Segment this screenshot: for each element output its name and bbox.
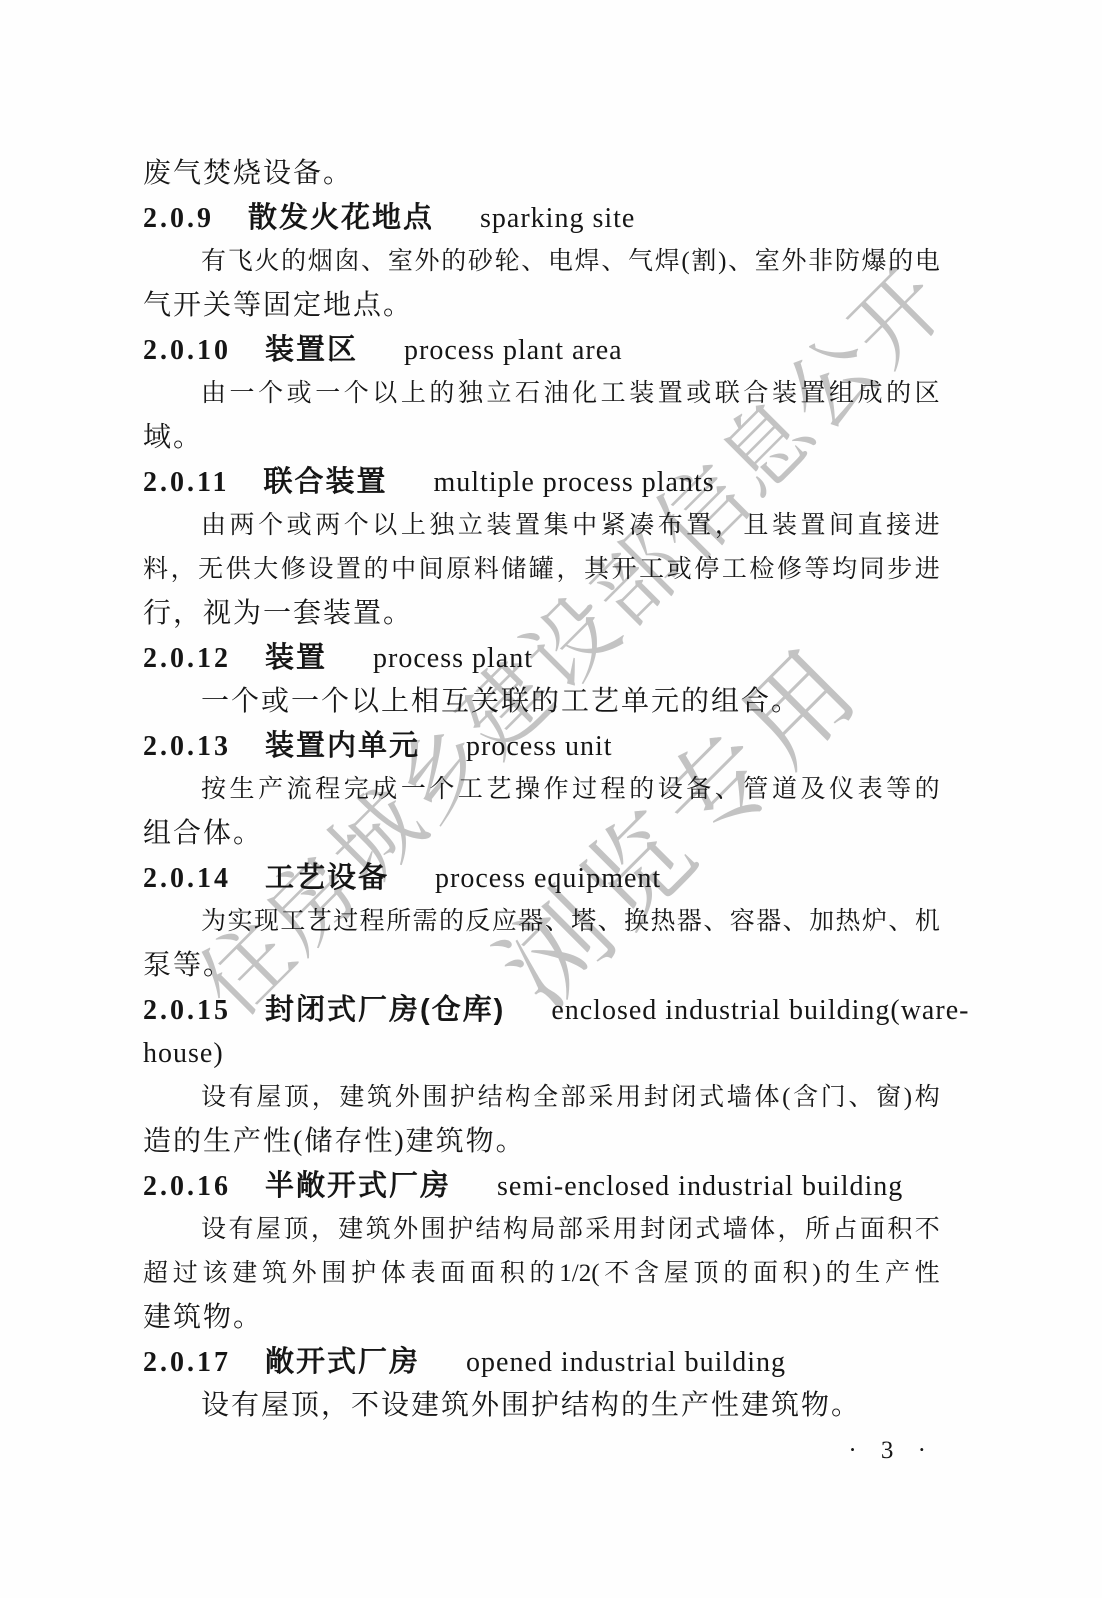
char: 体 <box>754 1076 779 1120</box>
term-en: multiple process plants <box>433 467 714 498</box>
char: 结 <box>478 1076 503 1120</box>
term-zh: 装置区 <box>265 334 358 366</box>
char: 置 <box>336 548 361 592</box>
char: 屋 <box>256 1208 281 1252</box>
char: 构 <box>503 1208 528 1252</box>
char: 、 <box>703 900 728 944</box>
char: 含 <box>793 1076 818 1120</box>
char: 式 <box>695 1208 720 1252</box>
char: 构 <box>505 1076 530 1120</box>
char: 焊 <box>655 240 680 284</box>
char: 器 <box>518 900 543 944</box>
term-number: 2.0.11 <box>143 467 229 498</box>
char: 生 <box>855 1252 880 1296</box>
body-text-line: 设有屋顶，建筑外围护结构局部采用封闭式墙体，所占面积不 <box>143 1208 940 1252</box>
document-page: 住房城乡建设部信息公开 浏览专用 废气焚烧设备。2.0.9散发火花地点spark… <box>0 0 1102 1598</box>
char: 炉 <box>862 900 887 944</box>
term-line: 2.0.14工艺设备process equipment <box>143 856 940 900</box>
char: 产 <box>258 768 283 812</box>
char: 顶 <box>283 1208 308 1252</box>
char: 料 <box>143 548 168 592</box>
char: 砂 <box>468 240 493 284</box>
char: 其 <box>584 548 609 592</box>
char: 部 <box>558 1208 583 1252</box>
char: ， <box>312 1076 337 1120</box>
char: 或 <box>287 372 312 416</box>
char: 的 <box>629 768 654 812</box>
char: 检 <box>749 548 774 592</box>
char: 建 <box>339 1076 364 1120</box>
char: 的 <box>888 240 913 284</box>
term-number: 2.0.9 <box>143 203 214 234</box>
body-text-line: 料，无供大修设置的中间原料储罐，其开工或停工检修等均同步进 <box>143 548 940 592</box>
char: 工 <box>601 372 626 416</box>
char: 停 <box>694 548 719 592</box>
char: 防 <box>835 240 860 284</box>
body-text-line: 造的生产性(储存性)建筑物。 <box>143 1120 940 1164</box>
char: 的 <box>915 768 940 812</box>
char: 占 <box>832 1208 857 1252</box>
char: 设 <box>201 1208 226 1252</box>
char: 体 <box>381 1252 406 1296</box>
page-number: · 3 · <box>848 1437 935 1465</box>
char: 工 <box>280 900 305 944</box>
char: 过 <box>333 900 358 944</box>
term-line: 2.0.12装置process plant <box>143 636 940 680</box>
char: 围 <box>421 1208 446 1252</box>
term-en: process unit <box>466 731 613 762</box>
char: 等 <box>805 548 830 592</box>
char: 面 <box>753 1252 778 1296</box>
char: 一 <box>315 372 340 416</box>
char: 门 <box>821 1076 846 1120</box>
char: 的 <box>825 1252 850 1296</box>
char: 1/2( <box>559 1252 599 1296</box>
char: 均 <box>832 548 857 592</box>
char: 屋 <box>664 1252 689 1296</box>
char: 设 <box>201 1076 226 1120</box>
char: 封 <box>644 1076 669 1120</box>
char: 表 <box>858 768 883 812</box>
char: 割 <box>691 240 716 284</box>
term-zh: 敞开式厂房 <box>265 1346 420 1378</box>
char: 、 <box>848 1076 873 1120</box>
char: 筑 <box>262 1252 287 1296</box>
char: 、 <box>888 900 913 944</box>
char: 轮 <box>495 240 520 284</box>
char: 面 <box>470 1252 495 1296</box>
term-en: process plant <box>373 643 533 674</box>
char: 原 <box>446 548 471 592</box>
char: 以 <box>372 372 397 416</box>
term-line: 2.0.11联合装置multiple process plants <box>143 460 940 504</box>
char: 联 <box>715 372 740 416</box>
char: 外 <box>395 1076 420 1120</box>
char: 外 <box>292 1252 317 1296</box>
char: 室 <box>755 240 780 284</box>
char: 室 <box>388 240 413 284</box>
char: 装 <box>486 504 511 548</box>
char: 立 <box>486 372 511 416</box>
char: 料 <box>474 548 499 592</box>
char: 两 <box>315 504 340 548</box>
char: 护 <box>351 1252 376 1296</box>
char: 不 <box>915 1208 940 1252</box>
char: ( <box>782 1076 790 1120</box>
term-zh: 联合装置 <box>263 466 387 498</box>
char: 流 <box>287 768 312 812</box>
char: 由 <box>201 372 226 416</box>
term-en-wrap: house) <box>143 1038 224 1069</box>
term-zh: 装置内单元 <box>265 730 420 762</box>
char: 程 <box>601 768 626 812</box>
char: 两 <box>230 504 255 548</box>
char: 筑 <box>366 1208 391 1252</box>
char: 成 <box>372 768 397 812</box>
char: 器 <box>756 900 781 944</box>
char: 建 <box>232 1252 257 1296</box>
char: 的 <box>364 548 389 592</box>
char: 装 <box>772 504 797 548</box>
body-text-line: 设有屋顶，建筑外围护结构全部采用封闭式墙体(含门、窗)构 <box>143 1076 940 1120</box>
char: 个 <box>344 504 369 548</box>
char: 开 <box>612 548 637 592</box>
char: 组 <box>829 372 854 416</box>
char: 屋 <box>256 1076 281 1120</box>
char: 采 <box>585 1208 610 1252</box>
char: 反 <box>465 900 490 944</box>
body-text-line: 行，视为一套装置。 <box>143 592 940 636</box>
char: 式 <box>699 1076 724 1120</box>
char: 所 <box>386 900 411 944</box>
char: 作 <box>544 768 569 812</box>
body-text-line: 组合体。 <box>143 812 940 856</box>
char: 区 <box>915 372 940 416</box>
body-text-line: 气开关等固定地点。 <box>143 284 940 328</box>
char: 封 <box>640 1208 665 1252</box>
char: ( <box>681 240 689 284</box>
char: 个 <box>344 372 369 416</box>
char: 布 <box>658 504 683 548</box>
char: 局 <box>530 1208 555 1252</box>
char: 置 <box>800 372 825 416</box>
char: 、 <box>545 900 570 944</box>
term-number: 2.0.13 <box>143 731 231 762</box>
char: 面 <box>440 1252 465 1296</box>
char: 有 <box>201 240 226 284</box>
char: 墙 <box>723 1208 748 1252</box>
char: 产 <box>885 1252 910 1296</box>
char: 立 <box>458 504 483 548</box>
char: 有 <box>229 1076 254 1120</box>
char: 电 <box>915 240 940 284</box>
char: 体 <box>750 1208 775 1252</box>
char: 或 <box>287 504 312 548</box>
char: 应 <box>492 900 517 944</box>
char: 程 <box>315 768 340 812</box>
char: 集 <box>544 504 569 548</box>
char: 的 <box>439 900 464 944</box>
text-column: 废气焚烧设备。2.0.9散发火花地点sparking site有飞火的烟囱、室外… <box>143 152 940 1428</box>
char: 、 <box>361 240 386 284</box>
char: 烟 <box>308 240 333 284</box>
char: 电 <box>548 240 573 284</box>
char: 塔 <box>571 900 596 944</box>
char: 按 <box>201 768 226 812</box>
char: 程 <box>360 900 385 944</box>
char: ， <box>715 504 740 548</box>
char: 的 <box>441 240 466 284</box>
char: 直 <box>858 504 883 548</box>
char: 的 <box>886 372 911 416</box>
char: 装 <box>772 372 797 416</box>
char: 、 <box>521 240 546 284</box>
char: 石 <box>515 372 540 416</box>
char: 面 <box>860 1208 885 1252</box>
char: ， <box>171 548 196 592</box>
char: 建 <box>338 1208 363 1252</box>
char: 的 <box>429 372 454 416</box>
term-line: 2.0.17敞开式厂房opened industrial building <box>143 1340 940 1384</box>
term-en: process plant area <box>404 335 623 366</box>
char: 火 <box>254 240 279 284</box>
char: 筑 <box>367 1076 392 1120</box>
char: 个 <box>258 504 283 548</box>
char: 爆 <box>862 240 887 284</box>
char: 窗 <box>876 1076 901 1120</box>
char: 凑 <box>629 504 654 548</box>
term-en: sparking site <box>480 203 635 234</box>
body-text-line: 废气焚烧设备。 <box>143 152 940 196</box>
char: 换 <box>624 900 649 944</box>
char: 上 <box>401 504 426 548</box>
char: 构 <box>915 1076 940 1120</box>
char: 化 <box>572 372 597 416</box>
char: 需 <box>413 900 438 944</box>
char: 罐 <box>529 548 554 592</box>
char: 及 <box>800 768 825 812</box>
char: 置 <box>658 372 683 416</box>
char: 完 <box>344 768 369 812</box>
char: ， <box>311 1208 336 1252</box>
char: 成 <box>858 372 883 416</box>
term-line: 2.0.10装置区process plant area <box>143 328 940 372</box>
char: 一 <box>401 768 426 812</box>
char: 飞 <box>228 240 253 284</box>
char: 热 <box>836 900 861 944</box>
char: 中 <box>391 548 416 592</box>
term-zh: 工艺设备 <box>265 862 389 894</box>
body-text-line: 设有屋顶，不设建筑外围护结构的生产性建筑物。 <box>143 1384 940 1428</box>
char: 闭 <box>668 1208 693 1252</box>
char: 性 <box>915 1252 940 1296</box>
char: 积 <box>783 1252 808 1296</box>
char: ， <box>778 1208 803 1252</box>
char: 置 <box>800 504 825 548</box>
char: 或 <box>667 548 692 592</box>
term-line: 2.0.9散发火花地点sparking site <box>143 196 940 240</box>
char: 大 <box>253 548 278 592</box>
char: 个 <box>258 372 283 416</box>
char: 个 <box>429 768 454 812</box>
char: 间 <box>419 548 444 592</box>
char: 的 <box>723 1252 748 1296</box>
char: 艺 <box>486 768 511 812</box>
char: 、 <box>598 900 623 944</box>
char: 用 <box>616 1076 641 1120</box>
char: 过 <box>572 768 597 812</box>
char: 独 <box>429 504 454 548</box>
char: 过 <box>173 1252 198 1296</box>
char: 管 <box>743 768 768 812</box>
char: 有 <box>228 1208 253 1252</box>
char: 储 <box>501 548 526 592</box>
char: 间 <box>829 504 854 548</box>
char: 进 <box>915 504 940 548</box>
char: 工 <box>639 548 664 592</box>
char: 顶 <box>284 1076 309 1120</box>
char: 囱 <box>334 240 359 284</box>
char: 实 <box>227 900 252 944</box>
char: 墙 <box>727 1076 752 1120</box>
body-text-line: 由两个或两个以上独立装置集中紧凑布置，且装置间直接进 <box>143 504 940 548</box>
char: 同 <box>860 548 885 592</box>
char: 合 <box>743 372 768 416</box>
char: 步 <box>887 548 912 592</box>
term-zh: 半敞开式厂房 <box>265 1170 451 1202</box>
char: 独 <box>458 372 483 416</box>
term-line: 2.0.13装置内单元process unit <box>143 724 940 768</box>
term-line: 2.0.16半敞开式厂房semi-enclosed industrial bui… <box>143 1164 940 1208</box>
char: 接 <box>886 504 911 548</box>
char: 部 <box>561 1076 586 1120</box>
char: 或 <box>686 372 711 416</box>
char: 焊 <box>575 240 600 284</box>
body-text-line: 超过该建筑外围护体表面面积的1/2(不含屋顶的面积)的生产性 <box>143 1252 940 1296</box>
char: 装 <box>629 372 654 416</box>
char: 非 <box>808 240 833 284</box>
char: 超 <box>143 1252 168 1296</box>
char: 用 <box>613 1208 638 1252</box>
char: 所 <box>805 1208 830 1252</box>
char: 中 <box>572 504 597 548</box>
char: 设 <box>308 548 333 592</box>
char: 、 <box>783 900 808 944</box>
char: 护 <box>450 1076 475 1120</box>
term-zh: 装置 <box>265 642 327 674</box>
char: 无 <box>198 548 223 592</box>
char: 围 <box>422 1076 447 1120</box>
char: 积 <box>500 1252 525 1296</box>
char: 工 <box>722 548 747 592</box>
term-number: 2.0.15 <box>143 995 231 1026</box>
char: 积 <box>887 1208 912 1252</box>
body-text-line: 按生产流程完成一个工艺操作过程的设备、管道及仪表等的 <box>143 768 940 812</box>
char: 围 <box>321 1252 346 1296</box>
term-number: 2.0.14 <box>143 863 231 894</box>
char: 容 <box>730 900 755 944</box>
char: 供 <box>226 548 251 592</box>
term-number: 2.0.17 <box>143 1347 231 1378</box>
char: 机 <box>915 900 940 944</box>
char: 等 <box>886 768 911 812</box>
term-en-wrap-line: house) <box>143 1032 940 1076</box>
char: 操 <box>515 768 540 812</box>
body-text-line: 一个或一个以上相互关联的工艺单元的组合。 <box>143 680 940 724</box>
char: 器 <box>677 900 702 944</box>
char: 上 <box>401 372 426 416</box>
char: 闭 <box>671 1076 696 1120</box>
char: 紧 <box>601 504 626 548</box>
char: 的 <box>530 1252 555 1296</box>
char: 道 <box>772 768 797 812</box>
char: 修 <box>777 548 802 592</box>
term-en: process equipment <box>435 863 661 894</box>
char: 置 <box>515 504 540 548</box>
char: ， <box>556 548 581 592</box>
char: 、 <box>601 240 626 284</box>
char: 表 <box>411 1252 436 1296</box>
term-en: opened industrial building <box>466 1347 786 1378</box>
char: 外 <box>393 1208 418 1252</box>
char: 设 <box>658 768 683 812</box>
term-line: 2.0.15封闭式厂房(仓库)enclosed industrial build… <box>143 988 940 1032</box>
term-number: 2.0.12 <box>143 643 231 674</box>
char: 备 <box>686 768 711 812</box>
char: 以 <box>372 504 397 548</box>
char: 顶 <box>693 1252 718 1296</box>
char: ) <box>718 240 726 284</box>
char: 仪 <box>829 768 854 812</box>
term-number: 2.0.10 <box>143 335 231 366</box>
char: 气 <box>628 240 653 284</box>
char: 的 <box>281 240 306 284</box>
body-text-line: 泵等。 <box>143 944 940 988</box>
char: 含 <box>634 1252 659 1296</box>
char: 进 <box>915 548 940 592</box>
body-text-line: 域。 <box>143 416 940 460</box>
char: 一 <box>230 372 255 416</box>
char: 热 <box>650 900 675 944</box>
term-zh: 封闭式厂房(仓库) <box>265 994 505 1026</box>
char: 护 <box>448 1208 473 1252</box>
char: 修 <box>281 548 306 592</box>
char: 现 <box>254 900 279 944</box>
char: 采 <box>588 1076 613 1120</box>
char: 油 <box>544 372 569 416</box>
char: 艺 <box>307 900 332 944</box>
char: 置 <box>686 504 711 548</box>
char: ) <box>904 1076 912 1120</box>
term-en: enclosed industrial building(ware- <box>551 995 969 1026</box>
char: 为 <box>201 900 226 944</box>
char: 不 <box>604 1252 629 1296</box>
char: 由 <box>201 504 226 548</box>
term-zh: 散发火花地点 <box>248 202 434 234</box>
char: 工 <box>458 768 483 812</box>
char: 、 <box>728 240 753 284</box>
char: 外 <box>781 240 806 284</box>
body-text-line: 有飞火的烟囱、室外的砂轮、电焊、气焊(割)、室外非防爆的电 <box>143 240 940 284</box>
char: 加 <box>809 900 834 944</box>
char: 且 <box>743 504 768 548</box>
char: 生 <box>230 768 255 812</box>
char: ) <box>812 1252 820 1296</box>
char: 外 <box>415 240 440 284</box>
char: 结 <box>476 1208 501 1252</box>
char: 、 <box>715 768 740 812</box>
body-text-line: 由一个或一个以上的独立石油化工装置或联合装置组成的区 <box>143 372 940 416</box>
